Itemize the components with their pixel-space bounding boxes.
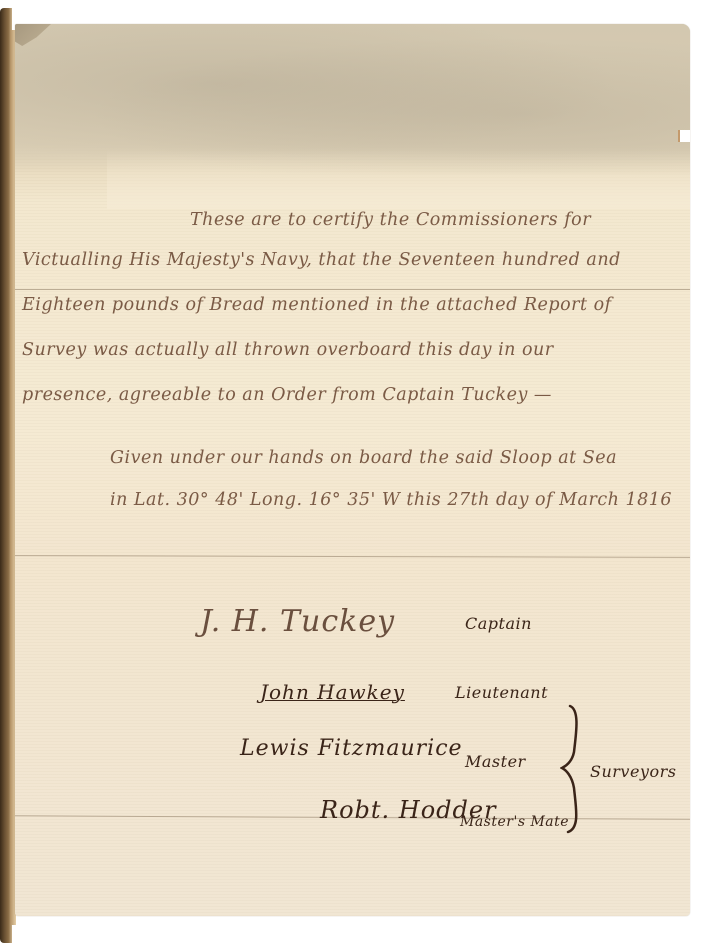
body-line-5: presence, agreeable to an Order from Cap… <box>22 385 552 405</box>
manuscript-sheet <box>15 24 690 916</box>
curly-brace-icon <box>560 704 584 834</box>
rank-captain: Captain <box>465 614 532 633</box>
signature-lieutenant: John Hawkey <box>260 680 405 704</box>
body-line-3: Eighteen pounds of Bread mentioned in th… <box>22 295 612 315</box>
given-line-1: Given under our hands on board the said … <box>110 448 617 468</box>
rank-lieutenant: Lieutenant <box>455 683 548 702</box>
body-line-4: Survey was actually all thrown overboard… <box>22 340 554 360</box>
given-line-2: in Lat. 30° 48' Long. 16° 35' W this 27t… <box>110 490 672 510</box>
scanned-document-page: These are to certify the Commissioners f… <box>0 0 715 950</box>
group-label-surveyors: Surveyors <box>590 762 676 781</box>
rank-master: Master <box>465 752 526 771</box>
body-line-1: These are to certify the Commissioners f… <box>190 210 591 230</box>
signature-master: Lewis Fitzmaurice <box>240 736 463 761</box>
rank-masters-mate: Master's Mate <box>460 814 569 830</box>
stain-transition <box>107 149 690 209</box>
fold-line <box>15 289 690 290</box>
edge-notch <box>678 130 690 142</box>
fold-line <box>15 555 690 558</box>
signature-captain: J. H. Tuckey <box>200 604 395 639</box>
body-line-2: Victualling His Majesty's Navy, that the… <box>22 250 621 270</box>
